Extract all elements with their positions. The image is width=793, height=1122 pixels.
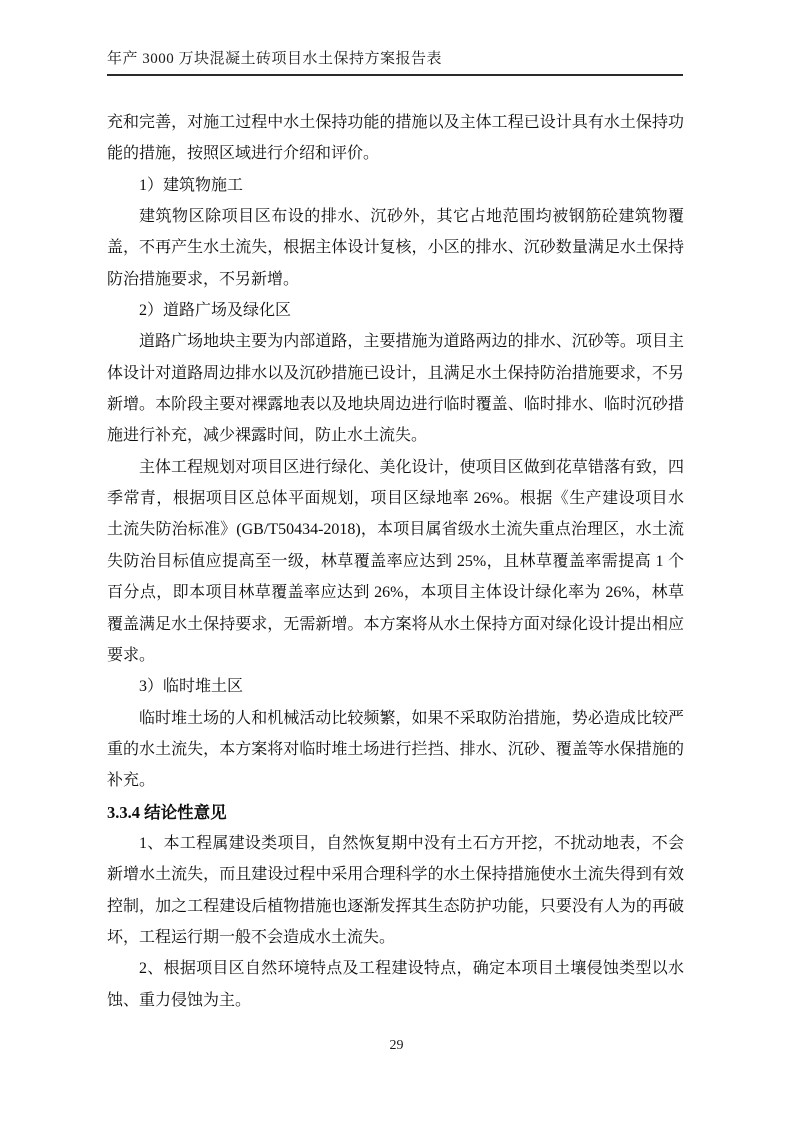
paragraph: 1、本工程属建设类项目，自然恢复期中没有土石方开挖，不扰动地表，不会新增水土流失… <box>107 828 684 953</box>
section-heading: 3.3.4 结论性意见 <box>107 797 684 828</box>
document-body: 充和完善，对施工过程中水土保持功能的措施以及主体工程已设计具有水土保持功能的措施… <box>107 107 684 1016</box>
page-header: 年产 3000 万块混凝土砖项目水土保持方案报告表 <box>107 50 683 76</box>
list-subheading: 3）临时堆土区 <box>107 671 684 702</box>
list-subheading: 1）建筑物施工 <box>107 170 684 201</box>
paragraph: 主体工程规划对项目区进行绿化、美化设计，使项目区做到花草错落有致，四季常青，根据… <box>107 452 684 671</box>
paragraph: 临时堆土场的人和机械活动比较频繁，如果不采取防治措施，势必造成比较严重的水土流失… <box>107 703 684 797</box>
paragraph: 2、根据项目区自然环境特点及工程建设特点，确定本项目土壤侵蚀类型以水蚀、重力侵蚀… <box>107 953 684 1016</box>
page-footer: 29 <box>0 1036 793 1054</box>
document-page: 年产 3000 万块混凝土砖项目水土保持方案报告表 充和完善，对施工过程中水土保… <box>0 0 793 1122</box>
paragraph: 充和完善，对施工过程中水土保持功能的措施以及主体工程已设计具有水土保持功能的措施… <box>107 107 684 170</box>
paragraph: 道路广场地块主要为内部道路，主要措施为道路两边的排水、沉砂等。项目主体设计对道路… <box>107 326 684 451</box>
page-number: 29 <box>390 1038 404 1053</box>
header-title: 年产 3000 万块混凝土砖项目水土保持方案报告表 <box>107 50 683 69</box>
paragraph: 建筑物区除项目区布设的排水、沉砂外，其它占地范围均被钢筋砼建筑物覆盖，不再产生水… <box>107 201 684 295</box>
list-subheading: 2）道路广场及绿化区 <box>107 295 684 326</box>
